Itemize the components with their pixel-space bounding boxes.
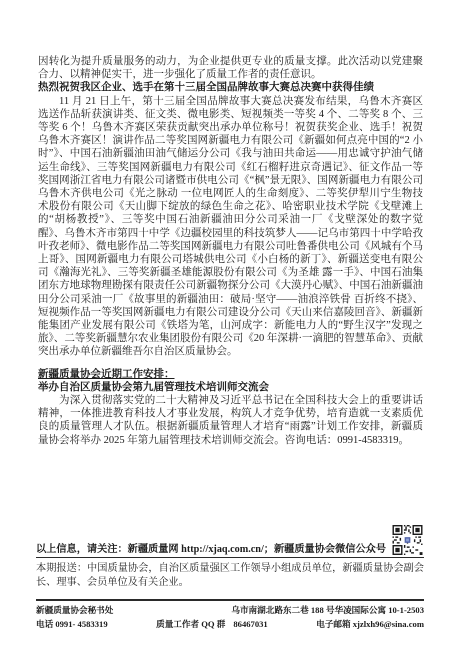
award-section-heading: 热烈祝贺我区企业、选手在第十三届全国品牌故事大赛总决赛中获得佳绩	[38, 81, 423, 94]
footer-address: 乌市南湖北路东二巷 188 号华凌国际公寓 10-1-2503	[231, 605, 424, 616]
work-plan-heading: 新疆质量协会近期工作安排：	[38, 368, 423, 381]
work-plan-body: 为深入贯彻落实党的二十大精神及习近平总书记在全国科技大会上的重要讲话精神，一体推…	[38, 394, 423, 447]
intro-paragraph: 因转化为提升质量服务的动力，为企业提供更专业的质量支撑。此次活动以党建聚合力、以…	[38, 55, 423, 81]
work-plan-subheading: 举办自治区质量协会第九届管理技术培训师交流会	[38, 381, 423, 394]
footer-email: 电子邮箱 xjzlxh96@sina.com	[316, 619, 424, 630]
footer-qq-value: 86467031	[233, 619, 267, 629]
follow-notice-row: 以上信息，请关注：新疆质量网 http://xjaq.com.cn/；新疆质量协…	[36, 525, 424, 558]
footer-office: 新疆质量协会秘书处	[36, 605, 113, 616]
footer-row-2: 电话 0991- 4583319 质量工作者 QQ 群86467031 电子邮箱…	[36, 619, 424, 630]
footer-qq-label: 质量工作者 QQ 群	[156, 619, 225, 629]
footer-qq: 质量工作者 QQ 群86467031	[156, 619, 268, 630]
page-content: 因转化为提升质量服务的动力，为企业提供更专业的质量支撑。此次活动以党建聚合力、以…	[38, 55, 423, 447]
wechat-qr-code-icon	[391, 525, 424, 560]
follow-notice-text: 以上信息，请关注：新疆质量网 http://xjaq.com.cn/；新疆质量协…	[36, 543, 386, 556]
footer-phone: 电话 0991- 4583319	[36, 619, 108, 630]
report-distribution-text: 本期报送：中国质量协会，自治区质量强区工作领导小组成员单位，新疆质量协会副会长、…	[36, 562, 424, 590]
award-section-body: 11 月 21 日上午，第十三届全国品牌故事大赛总决赛发布结果，乌鲁木齐赛区选送…	[38, 95, 423, 359]
newsletter-page: 因转化为提升质量服务的动力，为企业提供更专业的质量支撑。此次活动以党建聚合力、以…	[0, 0, 460, 654]
page-bottom: 以上信息，请关注：新疆质量网 http://xjaq.com.cn/；新疆质量协…	[36, 525, 424, 630]
footer-row-1: 新疆质量协会秘书处 乌市南湖北路东二巷 188 号华凌国际公寓 10-1-250…	[36, 605, 424, 616]
footer-block: 新疆质量协会秘书处 乌市南湖北路东二巷 188 号华凌国际公寓 10-1-250…	[36, 599, 424, 630]
